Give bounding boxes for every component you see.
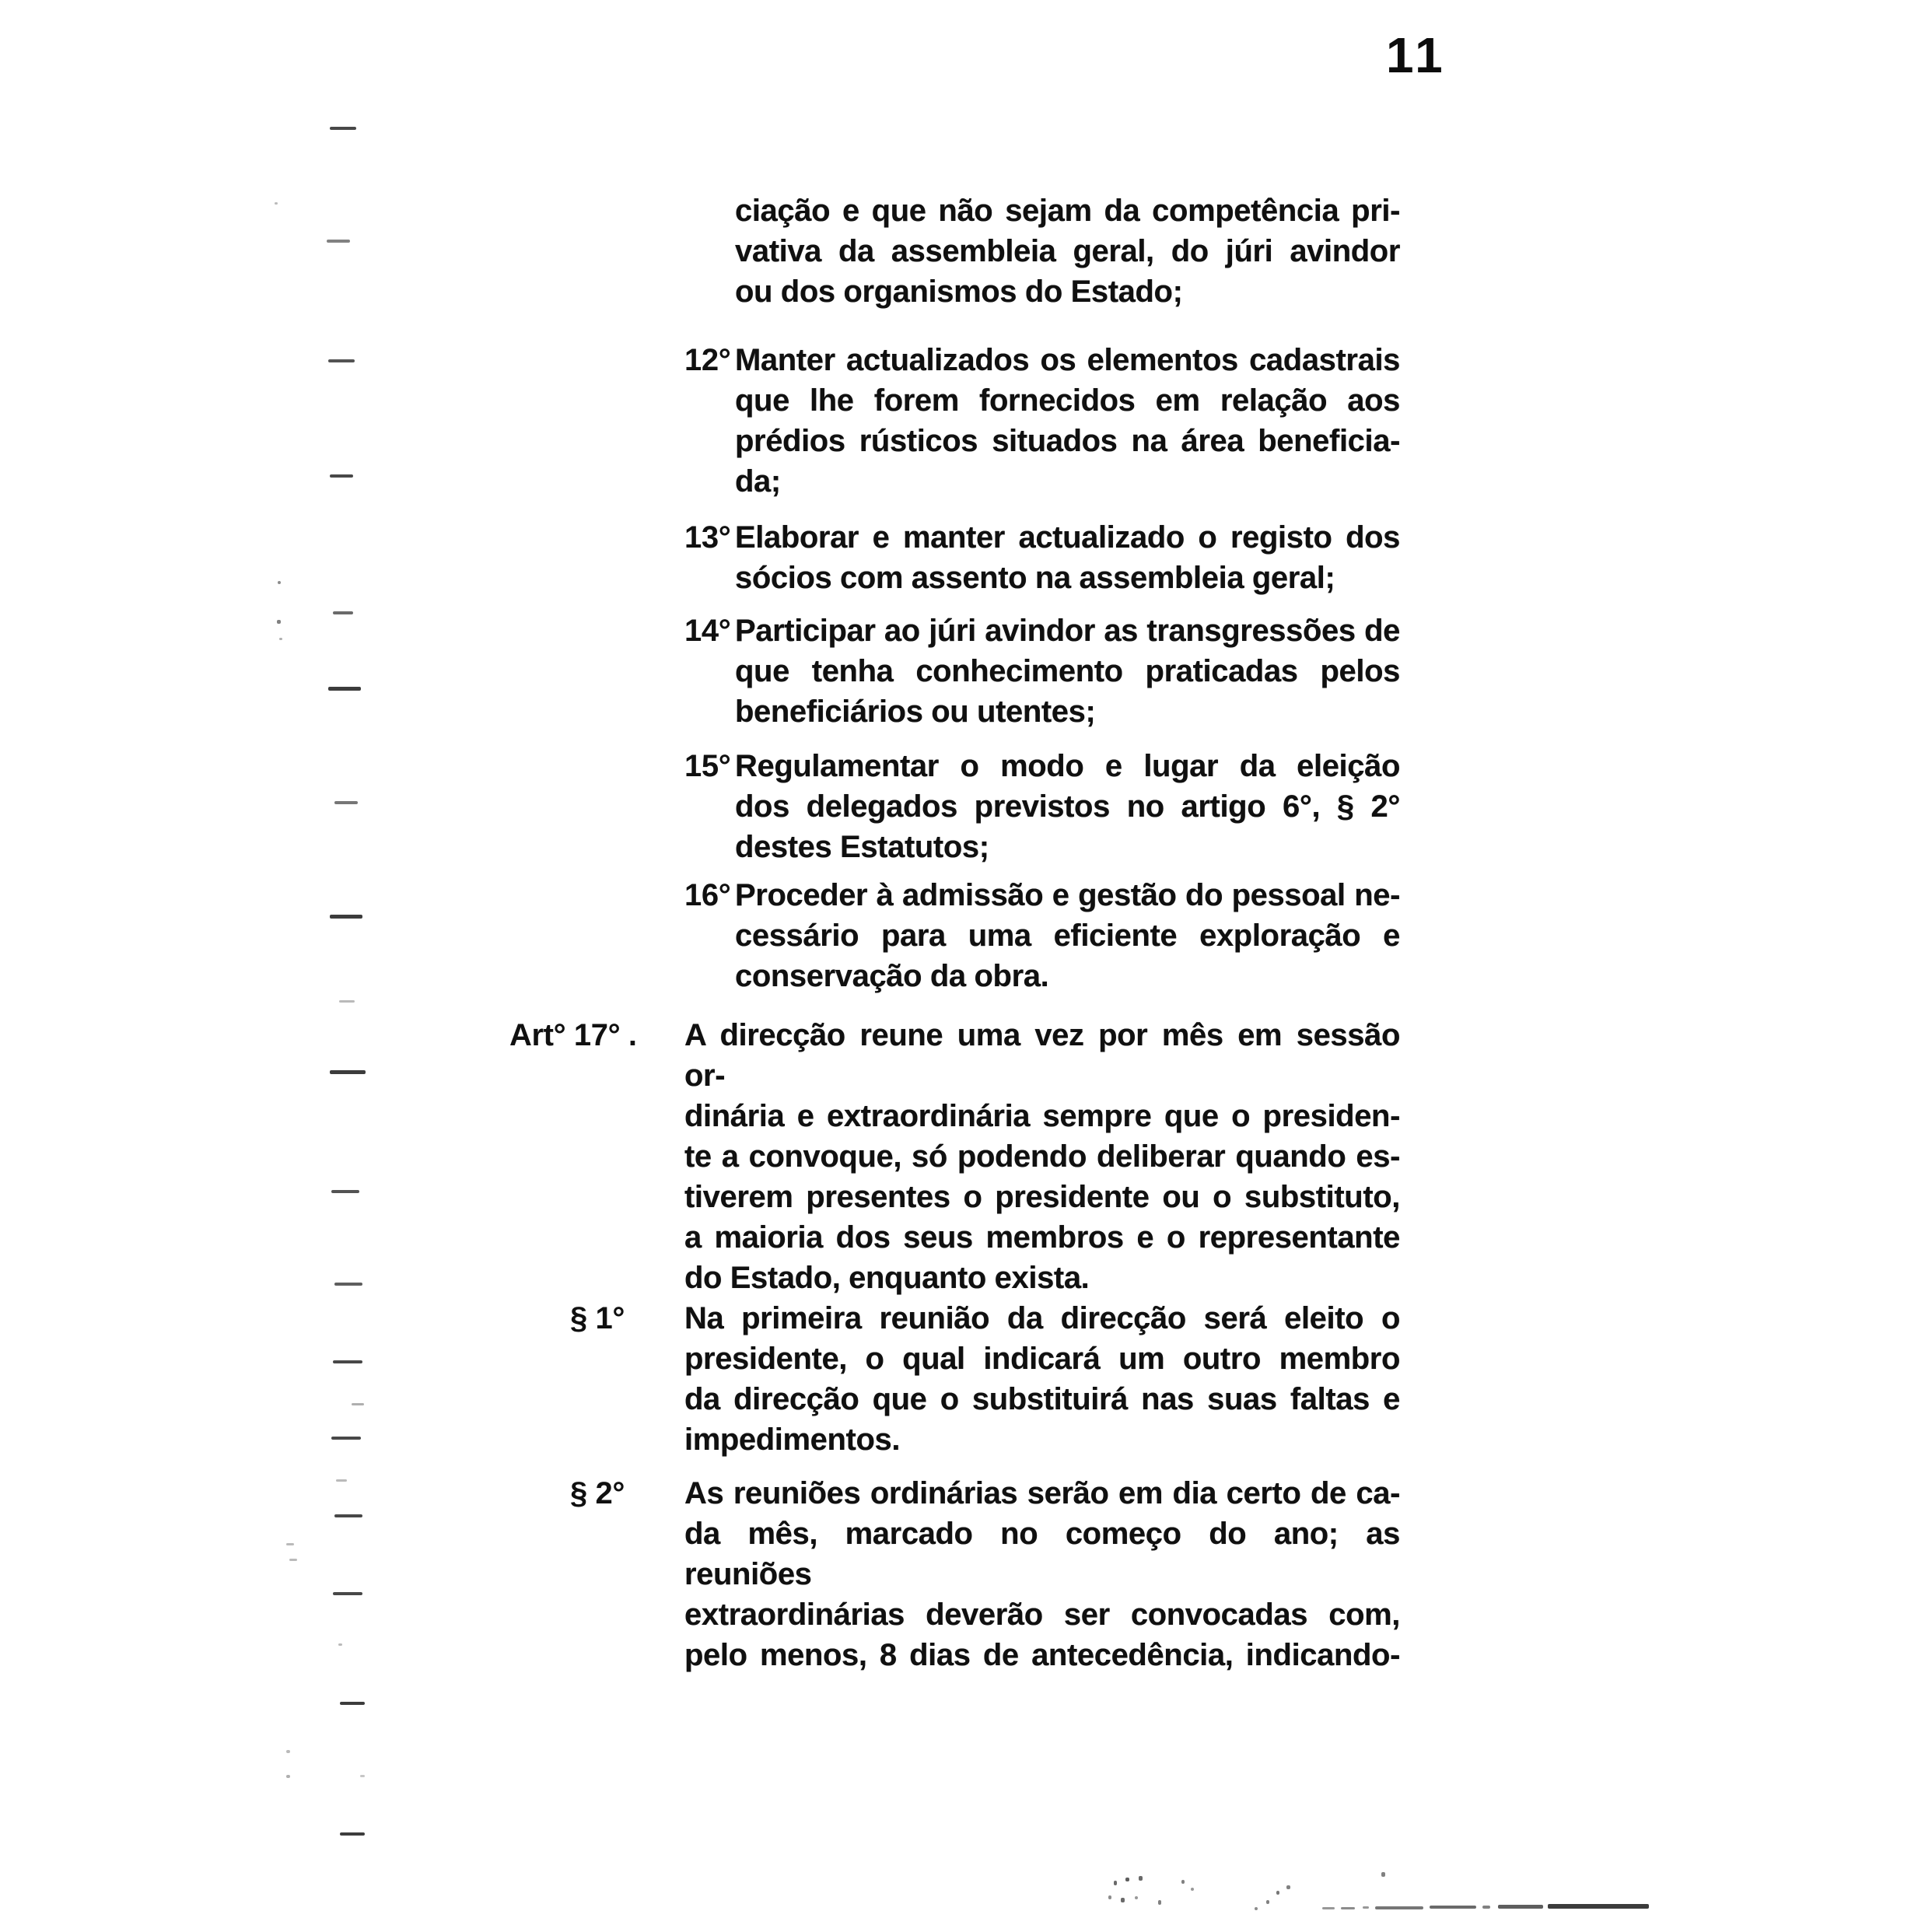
- margin-dash-mark: [336, 1479, 347, 1482]
- text-line: ciação e que não sejam da competência pr…: [735, 191, 1400, 231]
- paragraph-13: 13°Elaborar e manter actualizado o regis…: [509, 517, 1400, 598]
- scan-speck: [279, 638, 282, 640]
- paragraph-15: 15°Regulamentar o modo e lugar da eleiçã…: [509, 746, 1400, 867]
- paragraph-body: A direcção reune uma vez por mês em sess…: [684, 1015, 1400, 1298]
- text-line: beneficiários ou utentes;: [735, 691, 1400, 732]
- paragraph-12: 12°Manter actualizados os elementos cada…: [509, 340, 1400, 502]
- text-line: da mês, marcado no começo do ano; as reu…: [684, 1514, 1400, 1594]
- text-line: destes Estatutos;: [735, 827, 1400, 867]
- paragraph-16: 16°Proceder à admissão e gestão do pesso…: [509, 875, 1400, 996]
- scan-speck: [277, 620, 281, 624]
- scan-speck: [275, 202, 278, 205]
- paragraph-label: 14°: [509, 611, 735, 651]
- margin-dash-mark: [333, 1592, 362, 1595]
- paragraph-body: Regulamentar o modo e lugar da eleiçãodo…: [735, 746, 1400, 867]
- bottom-edge-line-segment: [1548, 1904, 1649, 1909]
- margin-dash-mark: [331, 1190, 359, 1193]
- paragraph-label: 15°: [509, 746, 735, 786]
- bottom-edge-line-segment: [1375, 1906, 1423, 1909]
- text-line: impedimentos.: [684, 1419, 1400, 1460]
- text-line: do Estado, enquanto exista.: [684, 1258, 1400, 1298]
- paragraph-label: 13°: [509, 517, 735, 558]
- margin-dash-mark: [334, 801, 358, 804]
- paragraph-continuation: ciação e que não sejam da competência pr…: [509, 191, 1400, 312]
- margin-dash-mark: [331, 1437, 361, 1440]
- margin-dash-mark: [339, 1000, 355, 1003]
- margin-dash-mark: [352, 1403, 364, 1405]
- page-number: 11: [1386, 26, 1447, 84]
- text-line: A direcção reune uma vez por mês em sess…: [684, 1015, 1400, 1096]
- paragraph-label: Art° 17° .: [509, 1015, 684, 1055]
- margin-dash-mark: [330, 1070, 366, 1074]
- text-line: Elaborar e manter actualizado o registo …: [735, 517, 1400, 558]
- text-line: presidente, o qual indicará um outro mem…: [684, 1339, 1400, 1379]
- scan-speck: [286, 1775, 290, 1778]
- scan-speck: [1276, 1891, 1279, 1895]
- text-line: te a convoque, só podendo deliberar quan…: [684, 1136, 1400, 1177]
- text-line: dos delegados previstos no artigo 6°, § …: [735, 786, 1400, 827]
- scan-speck: [1286, 1885, 1290, 1889]
- bottom-edge-line-segment: [1322, 1907, 1335, 1909]
- scan-speck: [286, 1750, 290, 1753]
- scan-speck: [278, 581, 281, 584]
- scan-speck: [1181, 1880, 1185, 1884]
- paragraph-2: § 2°As reuniões ordinárias serão em dia …: [509, 1473, 1400, 1675]
- margin-dash-mark: [340, 1702, 365, 1705]
- margin-dash-mark: [330, 127, 356, 130]
- text-line: conservação da obra.: [735, 956, 1400, 996]
- margin-dash-mark: [334, 1514, 362, 1517]
- scan-speck: [289, 1559, 297, 1561]
- margin-dash-mark: [327, 240, 350, 243]
- text-line: Participar ao júri avindor as transgress…: [735, 611, 1400, 651]
- margin-dash-mark: [334, 1283, 362, 1286]
- scan-speck: [1135, 1896, 1138, 1899]
- text-line: prédios rústicos situados na área benefi…: [735, 421, 1400, 461]
- text-line: sócios com assento na assembleia geral;: [735, 558, 1400, 598]
- scan-speck: [1121, 1898, 1125, 1902]
- scan-speck: [338, 1643, 342, 1646]
- margin-dash-mark: [328, 359, 355, 362]
- scan-speck: [1191, 1888, 1194, 1891]
- scan-speck: [1381, 1872, 1385, 1877]
- scan-speck: [1125, 1878, 1129, 1881]
- paragraph-label: 12°: [509, 340, 735, 380]
- text-line: Proceder à admissão e gestão do pessoal …: [735, 875, 1400, 915]
- margin-dash-mark: [333, 1360, 362, 1363]
- paragraph-body: ciação e que não sejam da competência pr…: [735, 191, 1400, 312]
- text-line: que lhe forem fornecidos em relação aos: [735, 380, 1400, 421]
- paragraph-body: Na primeira reunião da direcção será ele…: [684, 1298, 1400, 1460]
- text-line: dinária e extraordinária sempre que o pr…: [684, 1096, 1400, 1136]
- bottom-edge-line-segment: [1363, 1906, 1369, 1909]
- bottom-edge-line-segment: [1482, 1906, 1490, 1909]
- text-line: da direcção que o substituirá nas suas f…: [684, 1379, 1400, 1419]
- text-line: Regulamentar o modo e lugar da eleição: [735, 746, 1400, 786]
- scan-speck: [286, 1543, 294, 1545]
- paragraph-label: § 1°: [509, 1298, 684, 1339]
- paragraph-label: § 2°: [509, 1473, 684, 1514]
- text-line: Na primeira reunião da direcção será ele…: [684, 1298, 1400, 1339]
- margin-dash-mark: [330, 915, 362, 919]
- scan-speck: [1139, 1876, 1143, 1881]
- paragraph-Art17: Art° 17° .A direcção reune uma vez por m…: [509, 1015, 1400, 1298]
- scan-speck: [1255, 1907, 1258, 1910]
- text-line: ou dos organismos do Estado;: [735, 271, 1400, 312]
- scan-speck: [1158, 1900, 1161, 1905]
- text-line: vativa da assembleia geral, do júri avin…: [735, 231, 1400, 271]
- paragraph-body: As reuniões ordinárias serão em dia cert…: [684, 1473, 1400, 1675]
- scan-speck: [360, 1775, 365, 1777]
- paragraph-body: Participar ao júri avindor as transgress…: [735, 611, 1400, 732]
- paragraph-body: Manter actualizados os elementos cadastr…: [735, 340, 1400, 502]
- text-line: da;: [735, 461, 1400, 502]
- scan-speck: [1114, 1881, 1117, 1885]
- text-line: a maioria dos seus membros e o represent…: [684, 1217, 1400, 1258]
- text-line: extraordinárias deverão ser convocadas c…: [684, 1594, 1400, 1635]
- text-line: pelo menos, 8 dias de antecedência, indi…: [684, 1635, 1400, 1675]
- paragraph-body: Elaborar e manter actualizado o registo …: [735, 517, 1400, 598]
- margin-dash-mark: [328, 687, 361, 691]
- margin-dash-mark: [340, 1832, 365, 1836]
- text-line: Manter actualizados os elementos cadastr…: [735, 340, 1400, 380]
- bottom-edge-line-segment: [1430, 1906, 1476, 1909]
- paragraph-1: § 1°Na primeira reunião da direcção será…: [509, 1298, 1400, 1460]
- paragraph-14: 14°Participar ao júri avindor as transgr…: [509, 611, 1400, 732]
- document-page: 11 ciação e que não sejam da competência…: [0, 0, 1932, 1932]
- margin-dash-mark: [333, 611, 353, 614]
- scan-speck: [1108, 1895, 1111, 1899]
- paragraph-label: 16°: [509, 875, 735, 915]
- text-line: que tenha conhecimento praticadas pelos: [735, 651, 1400, 691]
- bottom-edge-line-segment: [1341, 1907, 1355, 1909]
- scan-speck: [1266, 1900, 1269, 1904]
- text-line: tiverem presentes o presidente ou o subs…: [684, 1177, 1400, 1217]
- paragraph-body: Proceder à admissão e gestão do pessoal …: [735, 875, 1400, 996]
- text-block: ciação e que não sejam da competência pr…: [509, 191, 1400, 1675]
- margin-dash-mark: [330, 474, 353, 478]
- bottom-edge-line-segment: [1498, 1905, 1543, 1909]
- text-line: cessário para uma eficiente exploração e: [735, 915, 1400, 956]
- text-line: As reuniões ordinárias serão em dia cert…: [684, 1473, 1400, 1514]
